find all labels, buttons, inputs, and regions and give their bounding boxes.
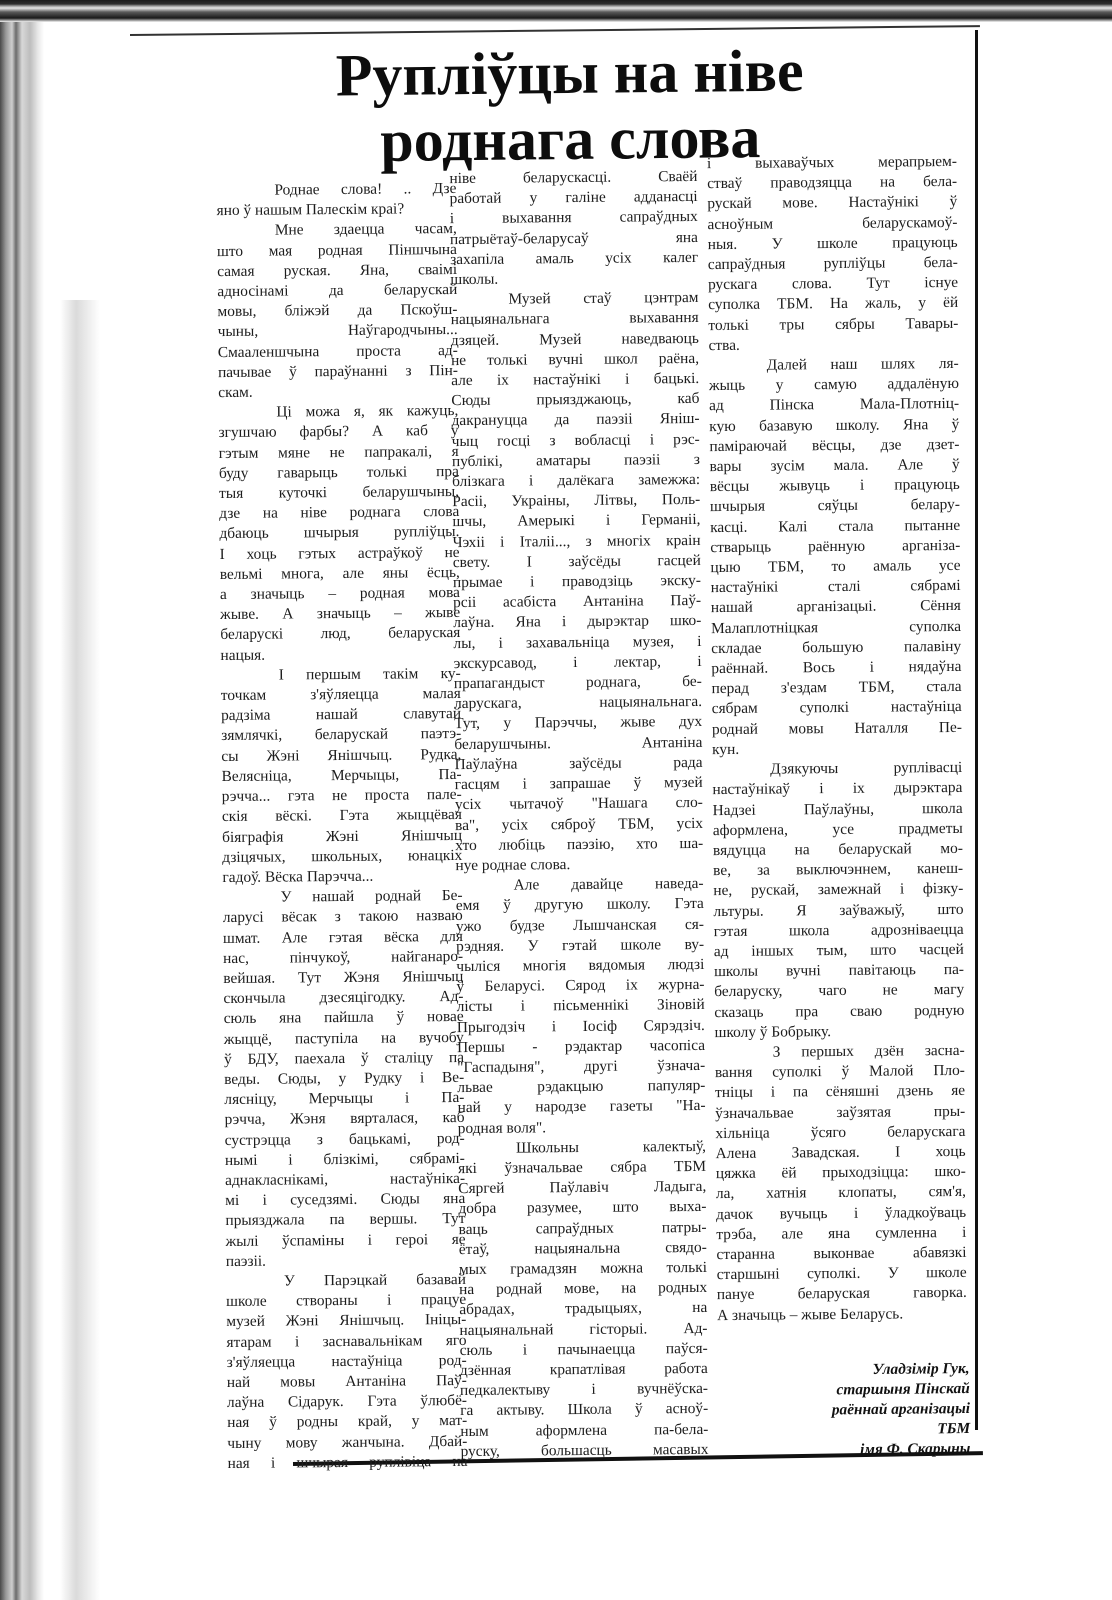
text-line: тыя куточкі беларушчыны, bbox=[219, 482, 459, 504]
text-line: жыве. А значыць – жыве bbox=[220, 603, 460, 625]
text-line: паэзіі. bbox=[226, 1250, 466, 1272]
text-line: цыю ТБМ, то амаль усе bbox=[710, 556, 960, 578]
author-organization-abbr: ТБМ bbox=[780, 1419, 970, 1441]
text-line: прымае і праводзіць экску- bbox=[453, 571, 701, 593]
text-line: нымі і блізкімі, сябрамі- bbox=[225, 1149, 465, 1171]
text-line: ве, за выключэннем, канеш- bbox=[713, 859, 963, 881]
text-line: беларушчыны. Антаніна bbox=[454, 733, 702, 755]
text-line: Прыгодзіч і Іосіф Сярэдзіч. bbox=[457, 1015, 705, 1037]
text-line: нашай арганізацыі. Сёння bbox=[711, 596, 961, 618]
text-line: "Гаспадыня", другі ўзнача- bbox=[457, 1056, 705, 1078]
text-line: і выхаваўчых мерапрыем- bbox=[707, 152, 957, 174]
text-line: адносінамі да беларускай bbox=[217, 280, 457, 302]
text-line: гэтым мяне не папракалі, я bbox=[219, 442, 459, 464]
text-line: ужо будзе Лышчанская ся- bbox=[456, 914, 704, 936]
text-line: Велясніца, Мерчыцы, Па- bbox=[221, 765, 461, 787]
text-line: ныя. У школе працуюць bbox=[708, 233, 958, 255]
text-line: І першым такім ку- bbox=[221, 664, 461, 686]
text-line: але іх настаўнікі і бацькі. bbox=[451, 369, 699, 391]
text-line: вядуцца на беларускай мо- bbox=[713, 839, 963, 861]
text-line: шчырыя сяўцы белару- bbox=[710, 495, 960, 517]
text-line: дзённая крапатлівая работа bbox=[460, 1359, 708, 1381]
text-line: Мне здаецца часам, bbox=[217, 219, 457, 241]
text-line: гэтая школа адрозніваецца bbox=[714, 920, 964, 942]
text-line: дакрануцца да паэзіі Яніш- bbox=[451, 409, 699, 431]
text-line: цяжка ёй прыходзіцца: шко- bbox=[716, 1162, 966, 1184]
article-frame-right-rule bbox=[975, 30, 978, 1430]
text-line: нацыя. bbox=[220, 644, 460, 666]
article-column-2: ніве беларускасці. Сваёйработай у галіне… bbox=[449, 167, 708, 1462]
text-line: Тут, у Парэччы, жыве дух bbox=[454, 712, 702, 734]
text-line: не, рускай, замежнай і фізку- bbox=[713, 879, 963, 901]
text-line: Смааленшчына проста ад- bbox=[218, 341, 458, 363]
text-line: чыц госці з вобласці і рэс- bbox=[452, 430, 700, 452]
text-line: Надзеі Паўлаўны, школа bbox=[713, 798, 963, 820]
text-line: сюль і пачынаецца паўся- bbox=[460, 1339, 708, 1361]
text-line: І хоць гэтых астраўкоў не bbox=[220, 543, 460, 565]
text-line: У нашай роднай Бе- bbox=[223, 886, 463, 908]
text-line: беларуску, чаго не магу bbox=[714, 980, 964, 1002]
text-line: толькі тры сябры Тавары- bbox=[708, 314, 958, 336]
text-line: рэчча... гэта не проста пале- bbox=[222, 785, 462, 807]
text-line: ніве беларускасці. Сваёй bbox=[449, 167, 697, 189]
article-frame-top-rule bbox=[130, 25, 980, 36]
text-line: мых грамадзян можна толькі bbox=[459, 1258, 707, 1280]
text-line: льтуры. Я заўважыў, што bbox=[713, 899, 963, 921]
text-line: Расіі, Украіны, Літвы, Поль- bbox=[452, 490, 700, 512]
text-line: Чэхіі і Італіі..., з многіх краін bbox=[453, 531, 701, 553]
text-line: лісты і пісьменнікі Зіновій bbox=[457, 995, 705, 1017]
text-line: Паўлаўна заўсёды рада bbox=[454, 753, 702, 775]
text-line: Ці можа я, як кажуць, bbox=[218, 401, 458, 423]
text-line: старанна выконвае абавязкі bbox=[716, 1243, 966, 1265]
text-line: роднай мовы Наталля Пе- bbox=[712, 718, 962, 740]
text-line: кую базавую школу. Яна ў bbox=[709, 415, 959, 437]
text-line: сы Жэні Янішчыц. Рудка, bbox=[221, 745, 461, 767]
author-position: старшыня Пінскай bbox=[780, 1379, 970, 1401]
text-line: вейшая. Тут Жэня Янішчыц bbox=[223, 967, 463, 989]
text-line: вання суполкі ў Малой Пло- bbox=[715, 1061, 965, 1083]
text-line: вёсцы жывуць і працуюць bbox=[710, 475, 960, 497]
text-line: патрыётаў-беларусаў яна bbox=[450, 228, 698, 250]
text-line: работай у галіне адданасці bbox=[450, 187, 698, 209]
text-line: стваў праводзяцца на бела- bbox=[707, 172, 957, 194]
text-line: А значыць – жыве Беларусь. bbox=[717, 1303, 967, 1325]
text-line: пануе беларуская гаворка. bbox=[717, 1283, 967, 1305]
text-line: сустрэцца з бацькамі, род- bbox=[225, 1128, 465, 1150]
text-line: Дзякуючы руплівасці bbox=[712, 758, 962, 780]
text-line: У Парэцкай базавай bbox=[226, 1270, 466, 1292]
text-line: вельмі многа, але яны ёсць, bbox=[220, 563, 460, 585]
text-line: най у народзе газеты "На- bbox=[457, 1096, 705, 1118]
text-line: яно ў нашым Палескім краі? bbox=[217, 199, 457, 221]
text-line: Малаплотніцкая суполка bbox=[711, 617, 961, 639]
text-line: публікі, аматары паэзіі з bbox=[452, 450, 700, 472]
text-line: касці. Калі стала пытанне bbox=[710, 516, 960, 538]
text-line: рускага слова. Тут існуе bbox=[708, 273, 958, 295]
text-line: ваць сапраўдных патры- bbox=[459, 1217, 707, 1239]
text-line: аформлена, усе прадметы bbox=[713, 819, 963, 841]
text-line: точкам з'яўляецца малая bbox=[221, 684, 461, 706]
text-line: не толькі вучні школ раёна, bbox=[451, 349, 699, 371]
text-line: ўзначальвае заўзятая пры- bbox=[715, 1101, 965, 1123]
text-line: нас, пінчукоў, найганаро- bbox=[223, 947, 463, 969]
text-line: асноўным беларускамоў- bbox=[707, 213, 957, 235]
text-line: Сюды прыязджаюць, каб bbox=[451, 389, 699, 411]
text-line: жылі ўспаміны і героі яе bbox=[226, 1229, 466, 1251]
text-line: чыны, Наўгародчыны... bbox=[218, 320, 458, 342]
text-line: львае рэдакцыю папуляр- bbox=[457, 1076, 705, 1098]
text-line: дзе на ніве роднага слова bbox=[219, 502, 459, 524]
text-line: які ўзначальвае сябра ТБМ bbox=[458, 1157, 706, 1179]
text-line: ная і шчырая руплівіца на bbox=[227, 1452, 467, 1474]
text-line: мовы, бліжэй да Пскоўш- bbox=[217, 300, 457, 322]
text-line: добра разумее, што выха- bbox=[458, 1197, 706, 1219]
text-line: радзіма нашай славутай bbox=[221, 704, 461, 726]
text-line: гасцям і запрашае ў музей bbox=[455, 773, 703, 795]
text-line: ства. bbox=[708, 334, 958, 356]
text-line: з'яўляецца настаўніца род- bbox=[227, 1351, 467, 1373]
text-line: най мовы Антаніна Паў- bbox=[227, 1371, 467, 1393]
text-line: пачывае ў параўнанні з Пін- bbox=[218, 361, 458, 383]
text-line: лясніцу, Мерчыцы і Па- bbox=[224, 1088, 464, 1110]
author-name: Уладзімір Гук, bbox=[779, 1359, 969, 1381]
text-line: трэба, але яна сумленна і bbox=[716, 1223, 966, 1245]
text-line: га актыву. Школа ў асноў- bbox=[460, 1399, 708, 1421]
author-signature: Уладзімір Гук, старшыня Пінскай раённай … bbox=[779, 1359, 970, 1461]
text-line: настаўнікаў і іх дырэктара bbox=[712, 778, 962, 800]
text-line: школы. bbox=[450, 268, 698, 290]
text-line: Алена Завадская. І хоць bbox=[716, 1142, 966, 1164]
text-line: беларускі люд, беларуская bbox=[220, 623, 460, 645]
text-line: хільніца ўсяго беларускага bbox=[715, 1122, 965, 1144]
text-line: Але давайце наведа- bbox=[456, 874, 704, 896]
text-line: стварыць раённую арганіза- bbox=[710, 536, 960, 558]
text-line: суполка ТБМ. На жаль, у ёй bbox=[708, 293, 958, 315]
text-line: Музей стаў цэнтрам bbox=[450, 288, 698, 310]
text-line: Далей наш шлях ля- bbox=[709, 354, 959, 376]
text-line: свету. І заўсёды гасцей bbox=[453, 551, 701, 573]
author-organization: раённай арганізацыі bbox=[780, 1399, 970, 1421]
text-line: веды. Сюды, у Рудку і Ве- bbox=[224, 1068, 464, 1090]
text-line: ад Пінска Мала-Плотніц- bbox=[709, 394, 959, 416]
text-line: мі і суседзямі. Сюды яна bbox=[225, 1189, 465, 1211]
text-line: на роднай мове, на родных bbox=[459, 1278, 707, 1300]
text-line: чыліся многія вядомыя людзі bbox=[456, 955, 704, 977]
text-line: скія вёскі. Гэта жыццёвая bbox=[222, 805, 462, 827]
text-line: ў БДУ, паехала ў сталіцу па bbox=[224, 1048, 464, 1070]
text-line: паміраючай вёсцы, дзе дзет- bbox=[709, 435, 959, 457]
text-line: буду гаварыць толькі пра bbox=[219, 462, 459, 484]
text-line: ларускага, нацыянальнага. bbox=[454, 692, 702, 714]
book-binding-edge bbox=[0, 22, 44, 1600]
text-line: скончыла дзесяцігодку. Ад- bbox=[223, 987, 463, 1009]
text-line: раённай. Вось і нядаўна bbox=[711, 657, 961, 679]
text-line: ётаў, нацыянальна свядо- bbox=[459, 1238, 707, 1260]
text-line: школе створаны і працуе bbox=[226, 1290, 466, 1312]
text-line: ў Беларусі. Сярод іх журна- bbox=[456, 975, 704, 997]
text-line: захапіла амаль усіх калег bbox=[450, 248, 698, 270]
text-line: шчы, Амерыкі і Германіі, bbox=[452, 510, 700, 532]
text-line: шмат. Але гэтая вёска для bbox=[223, 926, 463, 948]
text-line: перад з'ездам ТБМ, стала bbox=[711, 677, 961, 699]
text-line: гадоў. Вёска Парэчча... bbox=[222, 866, 462, 888]
article-column-1: Роднае слова! .. Дзеяно ў нашым Палескім… bbox=[216, 179, 467, 1474]
text-line: і выхавання сапраўдных bbox=[450, 207, 698, 229]
author-organization-name: імя Ф. Скарыны bbox=[780, 1439, 970, 1461]
text-line: нацыянальнага выхавання bbox=[451, 308, 699, 330]
binding-shadow bbox=[60, 300, 100, 1600]
text-line: музей Жэні Янішчыц. Ініцы- bbox=[226, 1310, 466, 1332]
text-line: сябрам суполкі настаўніца bbox=[712, 697, 962, 719]
text-line: абрадах, традыцыях, на bbox=[459, 1298, 707, 1320]
text-line: школу ў Бобрыку. bbox=[714, 1021, 964, 1043]
text-line: жыццё, паступіла на вучобу bbox=[224, 1027, 464, 1049]
text-line: дбаюць шчырыя рупліўцы. bbox=[219, 522, 459, 544]
text-line: сказаць пра сваю родную bbox=[714, 1000, 964, 1022]
text-line: самая руская. Яна, сваімі bbox=[217, 260, 457, 282]
text-line: скам. bbox=[218, 381, 458, 403]
text-line: нуе роднае слова. bbox=[455, 854, 703, 876]
article-column-3: і выхаваўчых мерапрыем-стваў праводзяцца… bbox=[707, 152, 967, 1326]
text-line: родная воля". bbox=[458, 1116, 706, 1138]
text-line: блізкага і далёкага замежжа: bbox=[452, 470, 700, 492]
text-line: чыну мову жанчына. Дбай- bbox=[227, 1432, 467, 1454]
text-line: Роднае слова! .. Дзе bbox=[216, 179, 456, 201]
text-line: прыязджала па вершы. Тут bbox=[225, 1209, 465, 1231]
text-line: рускай мове. Настаўнікі ў bbox=[707, 192, 957, 214]
text-line: З першых дзён засна- bbox=[715, 1041, 965, 1063]
text-line: ятарам і заснавальнікам яго bbox=[226, 1331, 466, 1353]
scan-top-edge bbox=[0, 0, 1112, 22]
text-line: рэдняя. У гэтай школе ву- bbox=[456, 935, 704, 957]
article-title-line-2: роднага слова bbox=[380, 104, 761, 174]
text-line: а значыць – родная мова bbox=[220, 583, 460, 605]
text-line: згушчаю фарбы? А каб у bbox=[218, 421, 458, 443]
text-line: хто любіць паэзію, хто ша- bbox=[455, 834, 703, 856]
text-line: рсіі асабіста Антаніна Паў- bbox=[453, 591, 701, 613]
text-line: усіх чытачоў "Нашага сло- bbox=[455, 793, 703, 815]
text-line: старшыні суполкі. У школе bbox=[717, 1263, 967, 1285]
text-line: сапраўдныя рупліўцы бела- bbox=[708, 253, 958, 275]
text-line: настаўнікі сталі сябрамі bbox=[711, 576, 961, 598]
text-line: дзяцей. Музей наведваюць bbox=[451, 329, 699, 351]
text-line: тніцы і па сёняшні дзень яе bbox=[715, 1081, 965, 1103]
article-title-line-1: Рупліўцы на ніве bbox=[335, 38, 803, 109]
text-line: аднакласнікамі, настаўніка- bbox=[225, 1169, 465, 1191]
text-line: кун. bbox=[712, 738, 962, 760]
text-line: Сяргей Паўлавіч Ладыга, bbox=[458, 1177, 706, 1199]
text-line: рэчча, Жэня вярталася, каб bbox=[224, 1108, 464, 1130]
text-line: Школьны калектыў, bbox=[458, 1137, 706, 1159]
text-line: біяграфія Жэні Янішчыц bbox=[222, 825, 462, 847]
text-line: ва", усіх сяброў ТБМ, усіх bbox=[455, 813, 703, 835]
text-line: Першы - рэдактар часопіса bbox=[457, 1036, 705, 1058]
text-line: ларусі вёсак з такою назваю bbox=[223, 906, 463, 928]
text-line: што мая родная Піншчына bbox=[217, 240, 457, 262]
text-line: педкалектыву і вучнёўска- bbox=[460, 1379, 708, 1401]
text-line: зямлячкі, беларускай паэтэ- bbox=[221, 724, 461, 746]
text-line: прапагандыст роднага, бе- bbox=[454, 672, 702, 694]
text-line: лы, і захавальніца музея, і bbox=[453, 632, 701, 654]
text-line: жыць у самую аддалёную bbox=[709, 374, 959, 396]
text-line: школы вучні павітаюць па- bbox=[714, 960, 964, 982]
text-line: лаўна. Яна і дырэктар шко- bbox=[453, 611, 701, 633]
text-line: дзіцячых, школьных, юнацкіх bbox=[222, 846, 462, 868]
text-line: емя ў другую школу. Гэта bbox=[456, 894, 704, 916]
text-line: руску, большасць масавых bbox=[460, 1440, 708, 1462]
text-line: ным аформлена па-бела- bbox=[460, 1419, 708, 1441]
text-line: складае большую палавіну bbox=[711, 637, 961, 659]
text-line: ад іншых тым, што часцей bbox=[714, 940, 964, 962]
text-line: вары зусім мала. Але ў bbox=[710, 455, 960, 477]
text-line: ная ў родны край, у мат- bbox=[227, 1411, 467, 1433]
text-line: ла, хатнія клопаты, сям'я, bbox=[716, 1182, 966, 1204]
text-line: дачок вучыць і ўладкоўваць bbox=[716, 1202, 966, 1224]
text-line: экскурсавод, і лектар, і bbox=[454, 652, 702, 674]
text-line: сюль яна пайшла ў новае bbox=[224, 1007, 464, 1029]
text-line: нацыянальнай гісторыі. Ад- bbox=[459, 1318, 707, 1340]
text-line: лаўна Сідарук. Гэта ўлюбё- bbox=[227, 1391, 467, 1413]
